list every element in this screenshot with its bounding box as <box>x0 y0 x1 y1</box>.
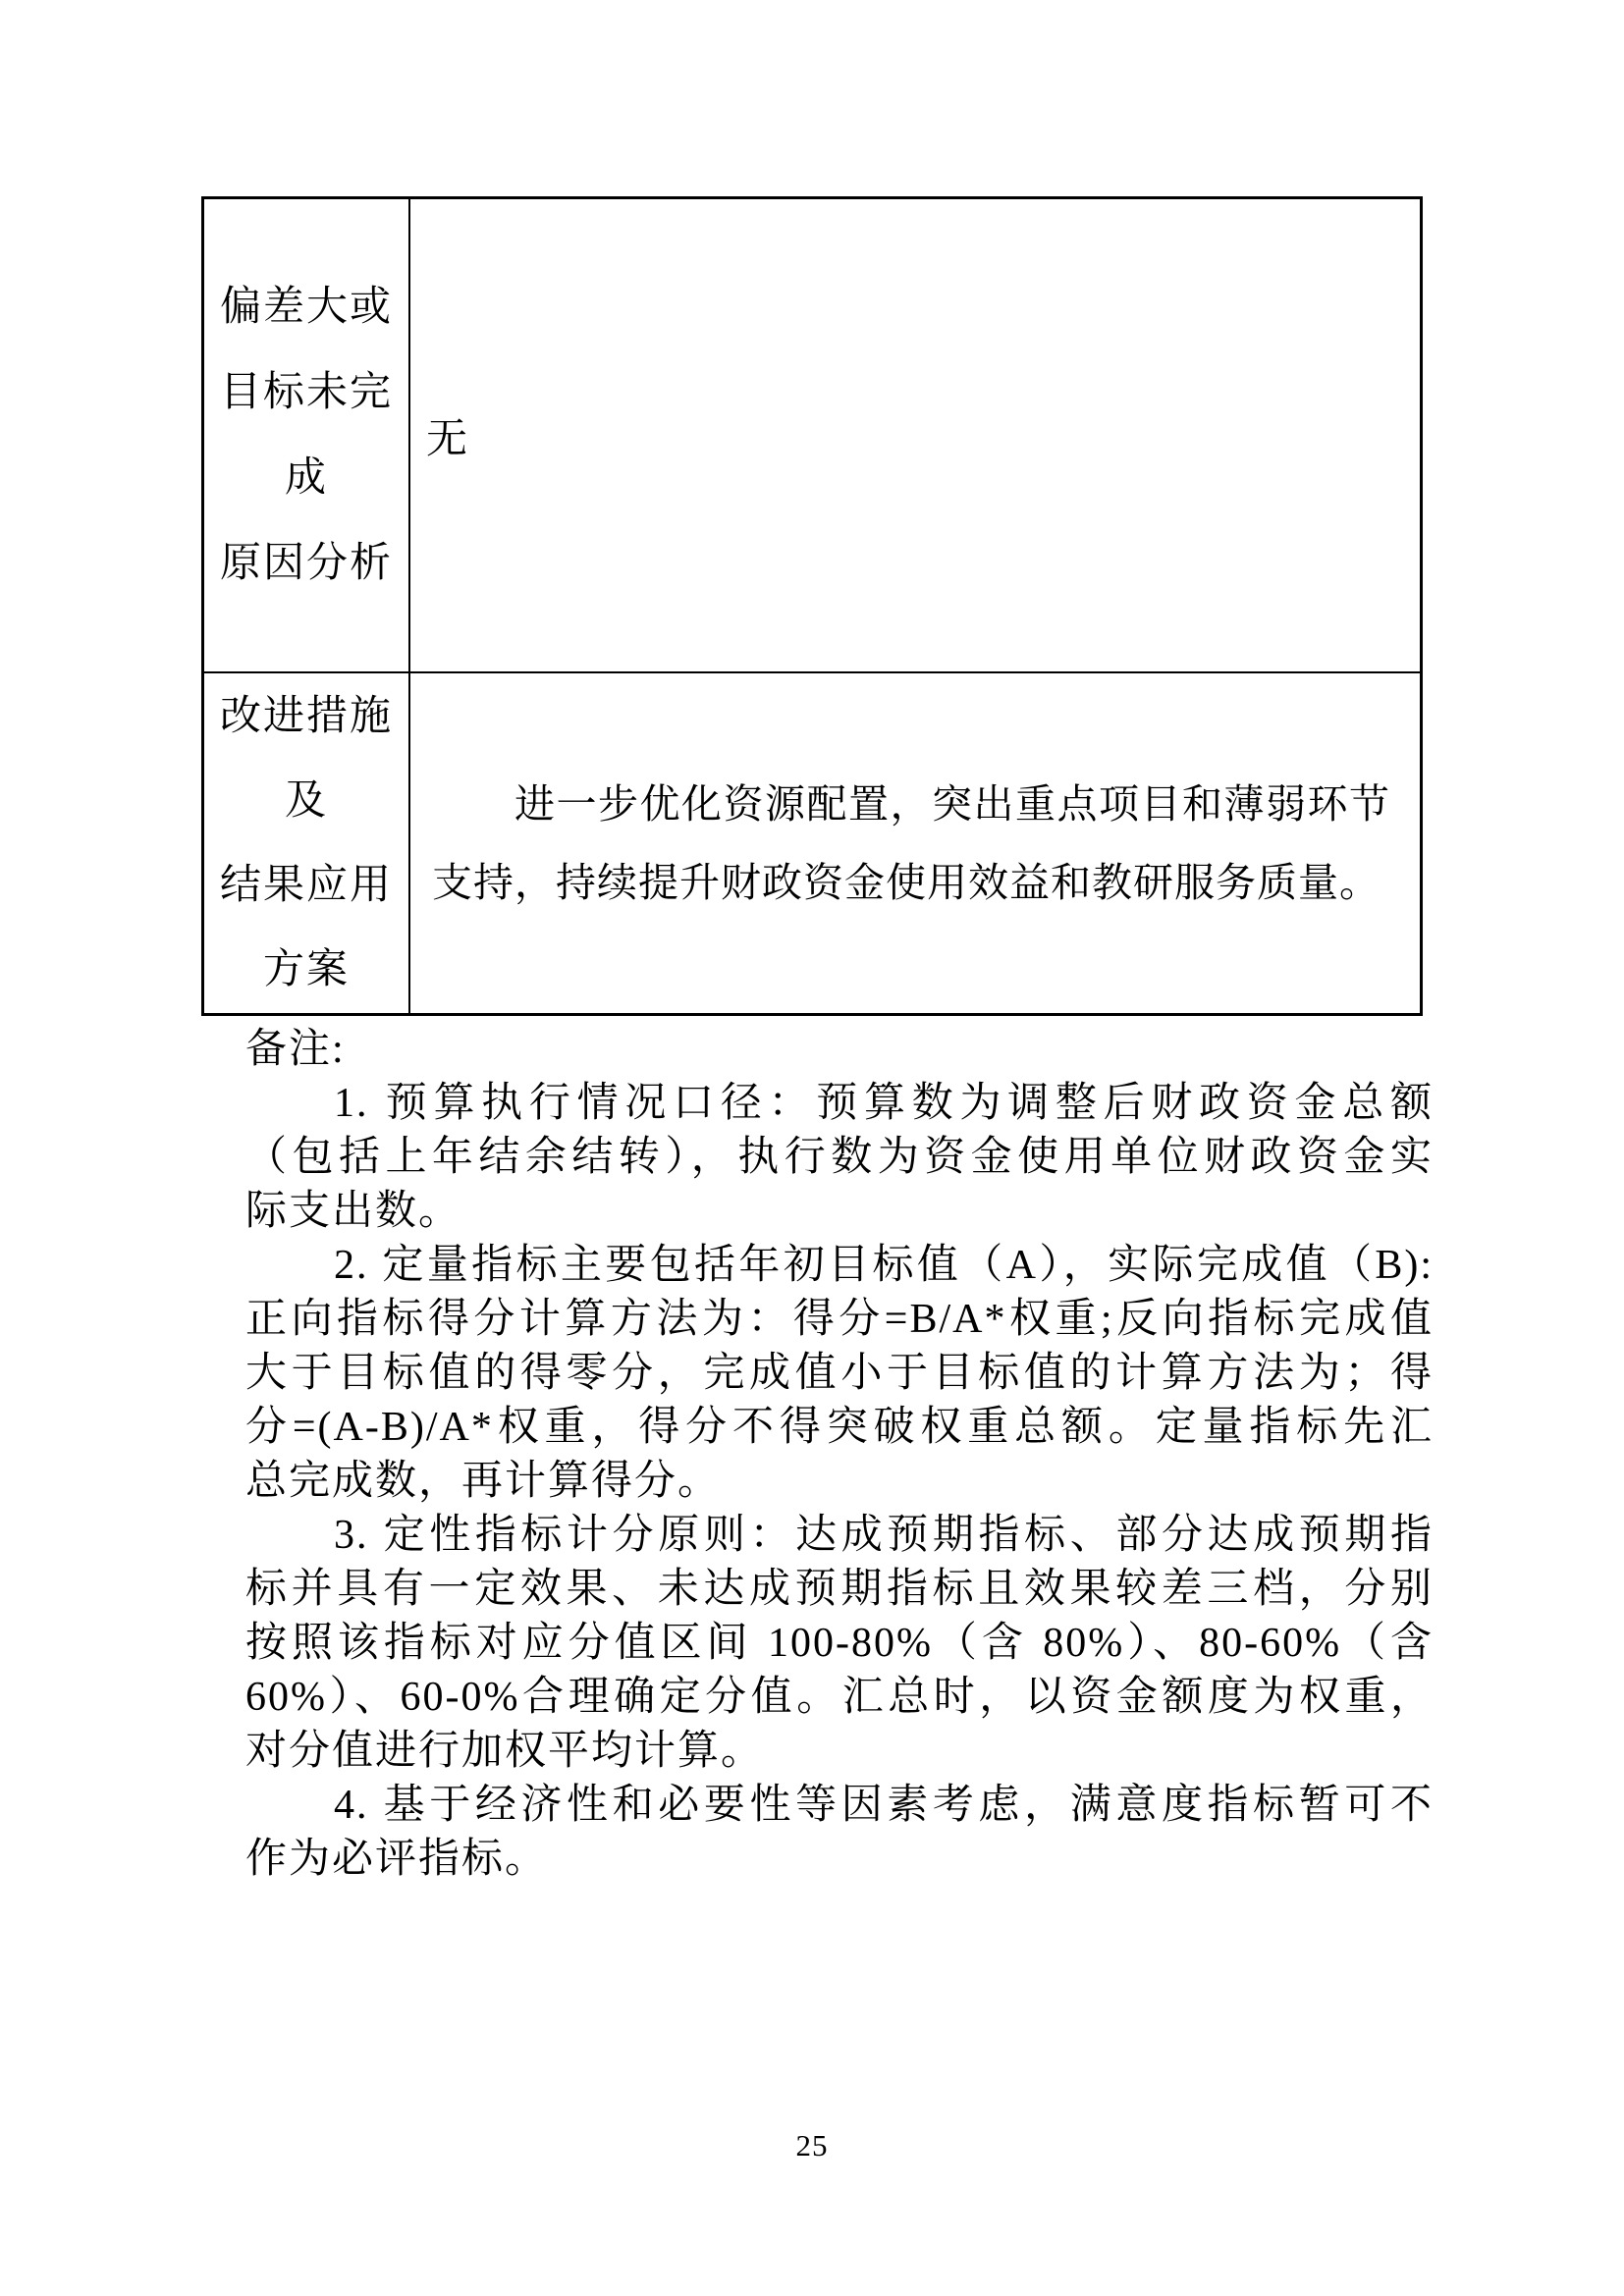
note-line: 大于目标值的得零分，完成值小于目标值的计算方法为；得 <box>245 1347 1434 1401</box>
note-line: 正向指标得分计算方法为：得分=B/A*权重;反向指标完成值 <box>245 1293 1434 1347</box>
note-line: 1. 预算执行情况口径：预算数为调整后财政资金总额 <box>245 1077 1434 1131</box>
notes-section: 备注: 1. 预算执行情况口径：预算数为调整后财政资金总额 （包括上年结余结转）… <box>245 1023 1434 1887</box>
row-header-line: 目标未完 <box>220 350 393 436</box>
note-line: 标并具有一定效果、未达成预期指标且效果较差三档，分别 <box>245 1563 1434 1617</box>
page-number: 25 <box>0 2128 1624 2163</box>
cell-text-line: 无 <box>426 406 469 465</box>
note-line: 2. 定量指标主要包括年初目标值（A），实际完成值（B): <box>245 1239 1434 1293</box>
note-line: 对分值进行加权平均计算。 <box>245 1725 1434 1779</box>
table-row-improvement-plan: 改进措施 及 结果应用 方案 进一步优化资源配置，突出重点项目和薄弱环节 支持，… <box>204 671 1420 1013</box>
note-line: 按照该指标对应分值区间 100-80%（含 80%）、80-60%（含 <box>245 1617 1434 1671</box>
note-line: 际支出数。 <box>245 1185 1434 1239</box>
note-line: 3. 定性指标计分原则：达成预期指标、部分达成预期指 <box>245 1509 1434 1563</box>
row-header-line: 成 <box>285 436 328 521</box>
notes-heading: 备注: <box>245 1023 1434 1077</box>
note-line: 60%）、60-0%合理确定分值。汇总时，以资金额度为权重， <box>245 1671 1434 1725</box>
row-header-line: 结果应用 <box>220 843 393 928</box>
row-header-line: 改进措施 <box>220 674 393 759</box>
row-header-line: 偏差大或 <box>220 265 393 350</box>
note-line: 4. 基于经济性和必要性等因素考虑，满意度指标暂可不 <box>245 1779 1434 1833</box>
cell-text-line: 支持，持续提升财政资金使用效益和教研服务质量。 <box>432 843 1390 922</box>
row-header-line: 方案 <box>263 928 350 1012</box>
row-header-line: 原因分析 <box>220 521 393 607</box>
note-line: 分=(A-B)/A*权重，得分不得突破权重总额。定量指标先汇 <box>245 1401 1434 1455</box>
cell-text-line: 进一步优化资源配置，突出重点项目和薄弱环节 <box>432 765 1390 843</box>
row-header-cell-improvement: 改进措施 及 结果应用 方案 <box>204 673 410 1013</box>
note-line: 作为必评指标。 <box>245 1833 1434 1887</box>
note-line: （包括上年结余结转），执行数为资金使用单位财政资金实 <box>245 1131 1434 1185</box>
document-page: 偏差大或 目标未完 成 原因分析 无 改进措施 及 结果应用 方案 进一步优化资… <box>0 0 1624 2296</box>
summary-table: 偏差大或 目标未完 成 原因分析 无 改进措施 及 结果应用 方案 进一步优化资… <box>201 196 1423 1016</box>
row-content-cell-deviation: 无 <box>410 199 1420 671</box>
row-header-cell-deviation: 偏差大或 目标未完 成 原因分析 <box>204 199 410 671</box>
row-content-cell-improvement: 进一步优化资源配置，突出重点项目和薄弱环节 支持，持续提升财政资金使用效益和教研… <box>410 673 1420 1013</box>
table-row-deviation-analysis: 偏差大或 目标未完 成 原因分析 无 <box>204 199 1420 671</box>
row-header-line: 及 <box>285 759 328 843</box>
note-line: 总完成数，再计算得分。 <box>245 1455 1434 1509</box>
